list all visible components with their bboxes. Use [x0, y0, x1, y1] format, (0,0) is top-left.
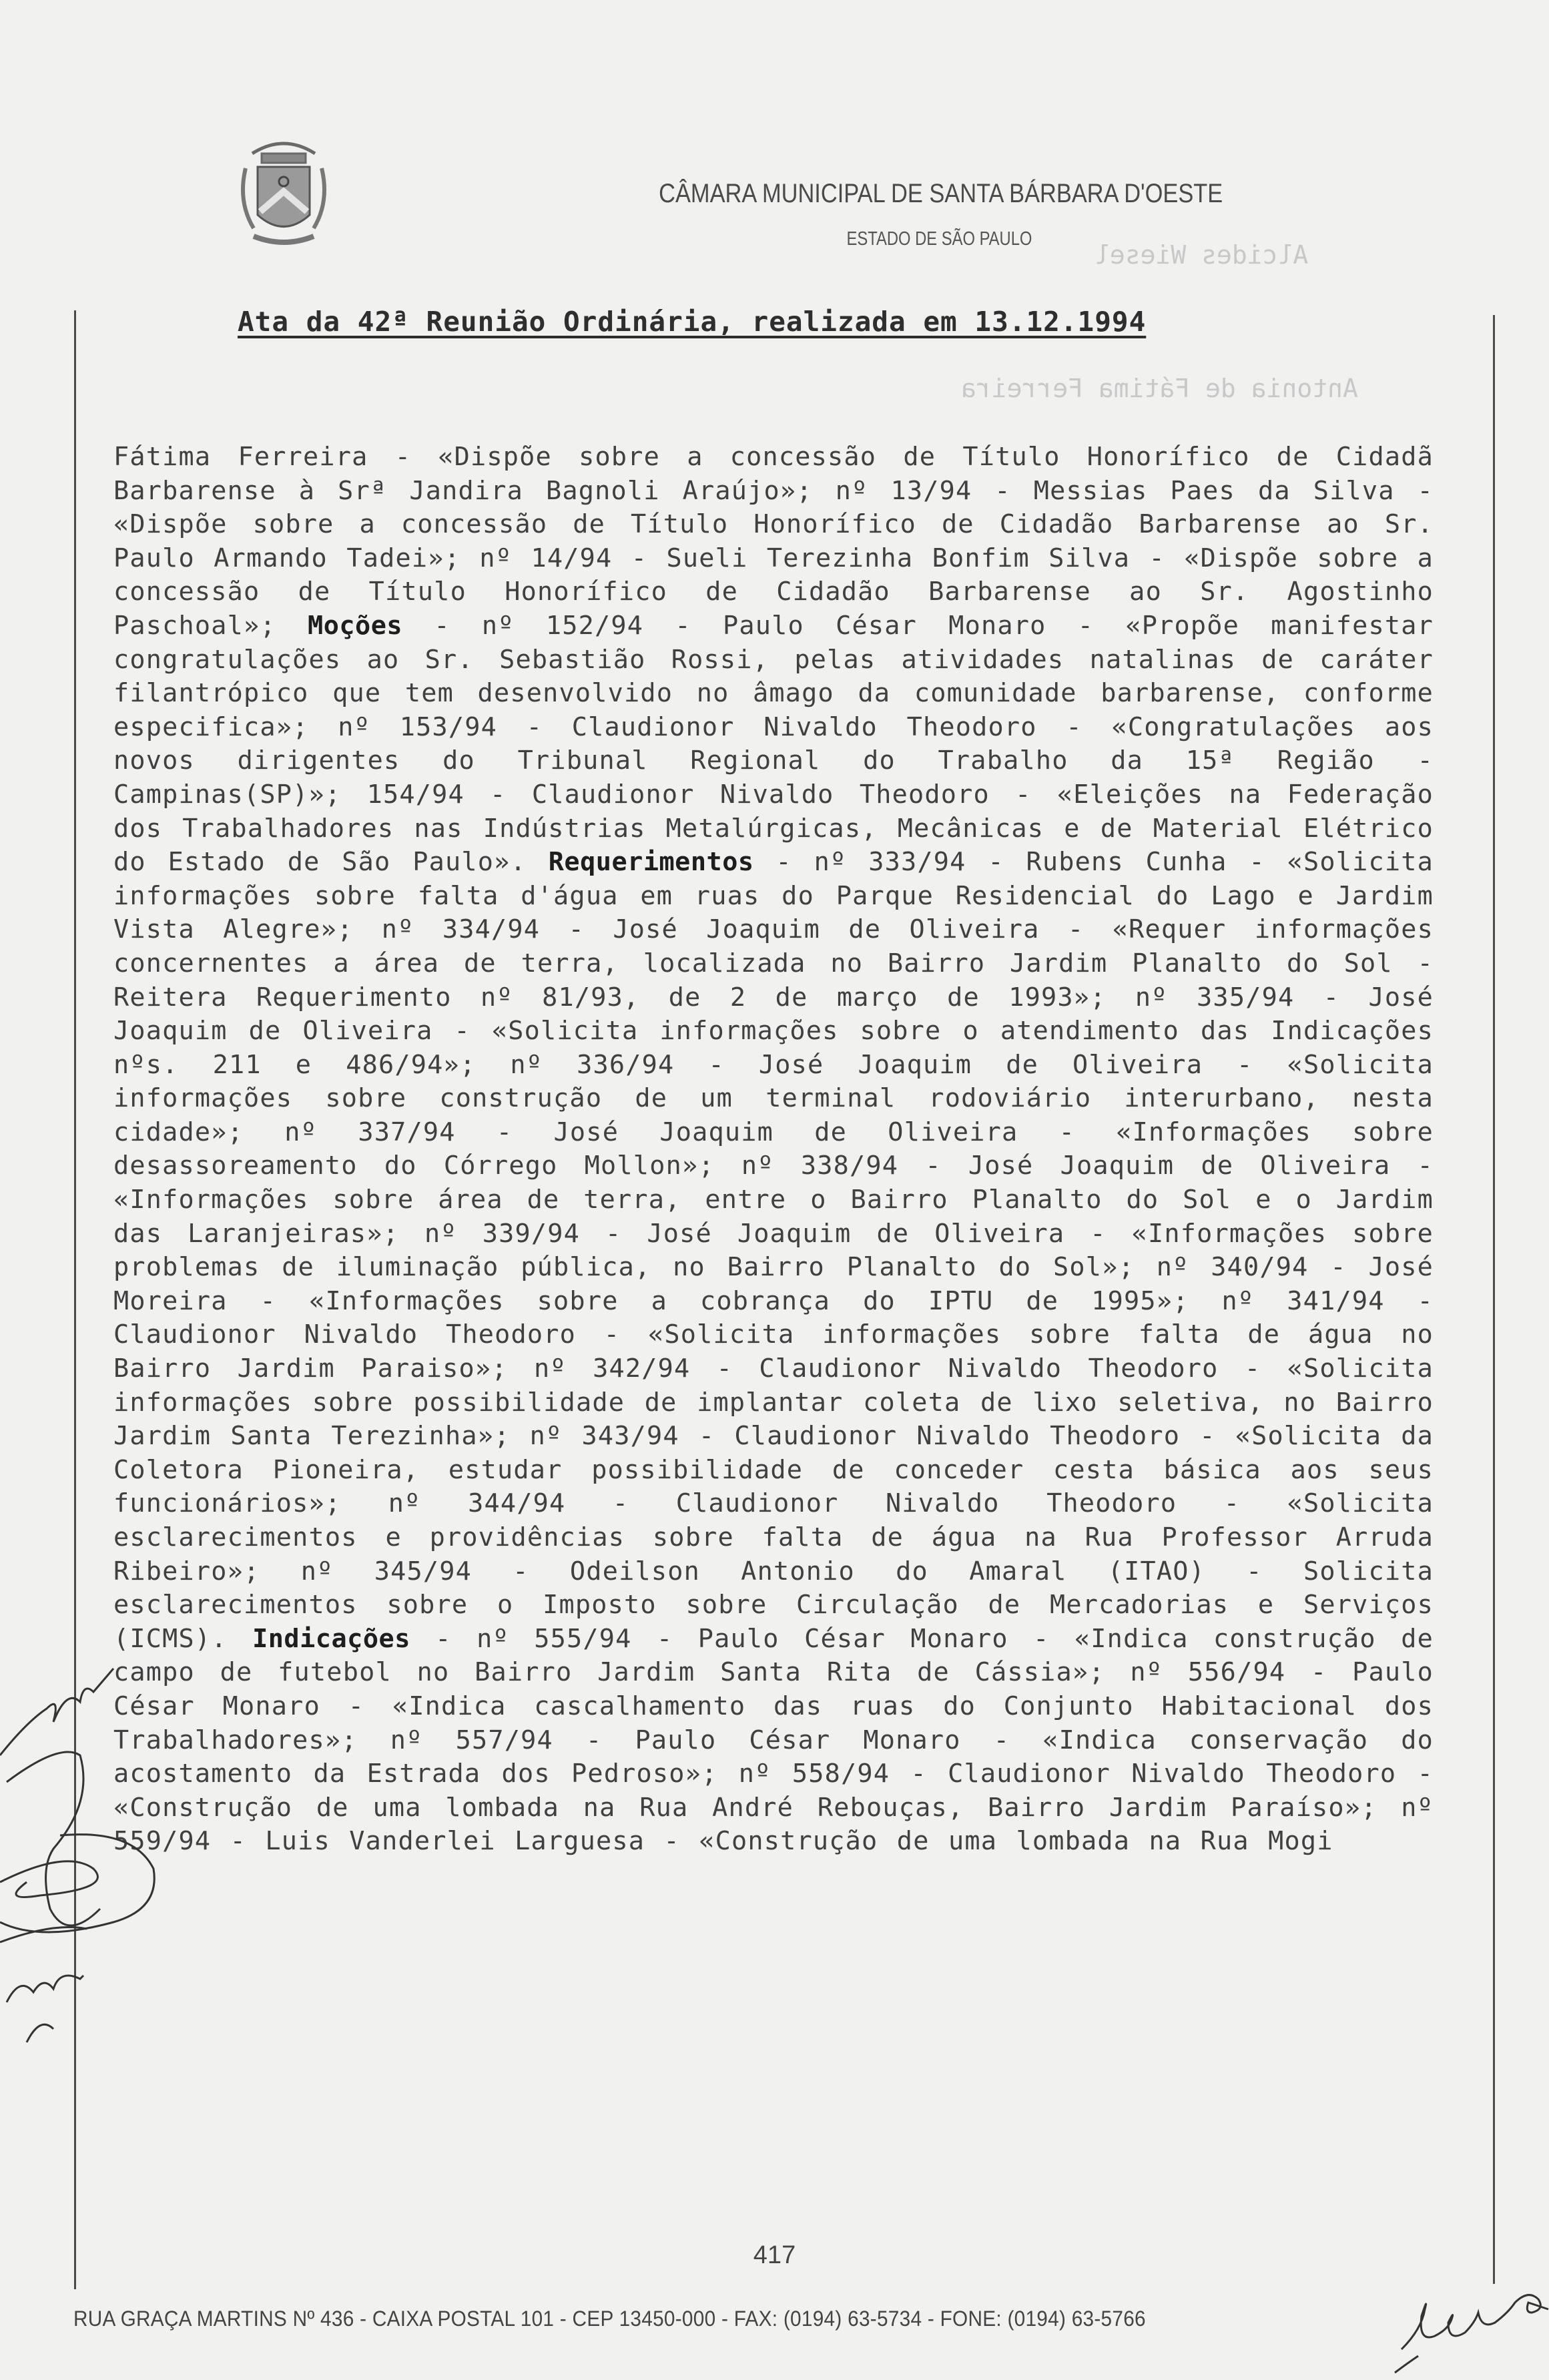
body-segment: - nº 555/94 - Paulo César Monaro - «Indi… — [113, 1624, 1434, 1857]
institution-name: CÂMARA MUNICIPAL DE SANTA BÁRBARA D'OEST… — [133, 179, 1465, 209]
section-heading: Indicações — [252, 1624, 410, 1654]
page-number: 417 — [0, 2241, 1549, 2270]
bleed-through-text: Antonia de Fátima Ferreira — [961, 374, 1358, 403]
minutes-body: Fátima Ferreira - «Dispõe sobre a conces… — [113, 440, 1434, 1859]
body-segment: - nº 333/94 - Rubens Cunha - «Solicita i… — [113, 847, 1434, 1654]
footer-address: RUA GRAÇA MARTINS Nº 436 - CAIXA POSTAL … — [73, 2307, 1389, 2331]
margin-signature-icon — [0, 1628, 160, 2216]
section-heading: Moções — [308, 611, 402, 641]
body-segment: - nº 152/94 - Paulo César Monaro - «Prop… — [113, 611, 1434, 877]
document-title: Ata da 42ª Reunião Ordinária, realizada … — [238, 306, 1305, 338]
section-heading: Requerimentos — [549, 847, 754, 877]
bleed-through-text: Alcides Wiesel — [1095, 240, 1308, 270]
footer-signature-icon — [1395, 2256, 1549, 2380]
right-margin-rule — [1493, 315, 1495, 2284]
